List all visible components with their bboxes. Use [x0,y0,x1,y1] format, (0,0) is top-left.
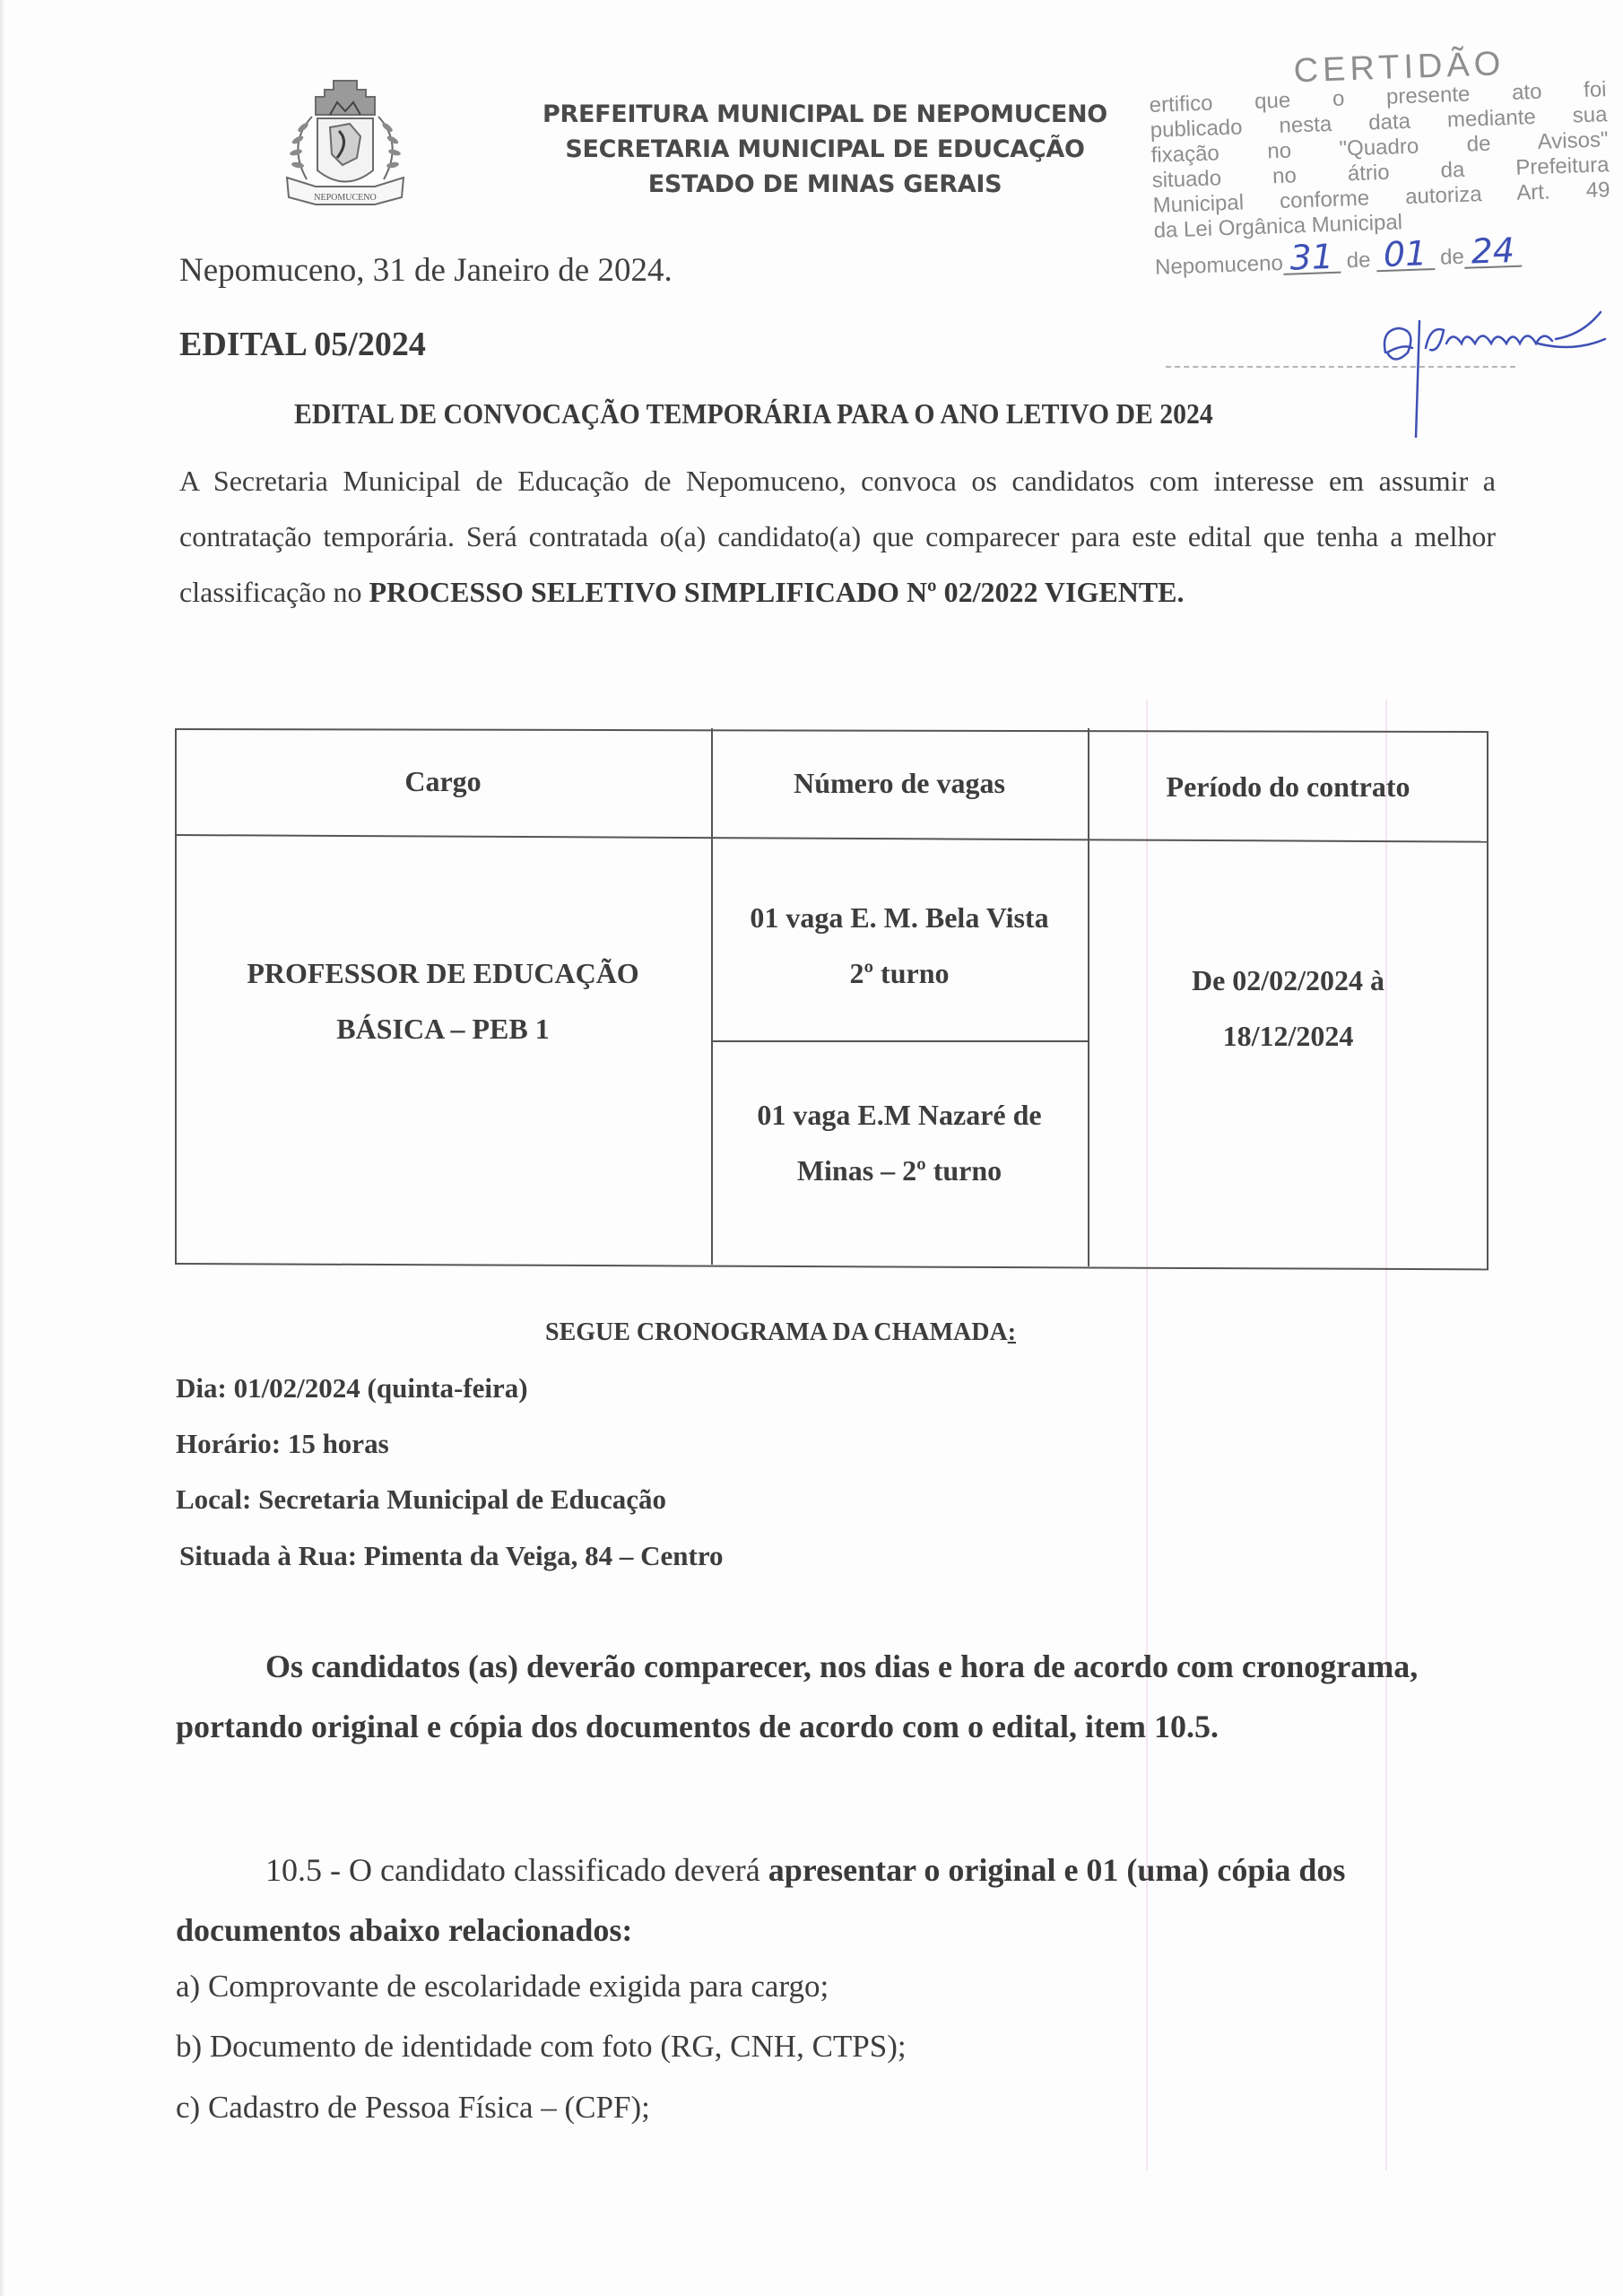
vaga-line: 01 vaga E.M Nazaré de [711,1087,1088,1143]
cargo-line: PROFESSOR DE EDUCAÇÃO [175,945,711,1001]
nepomuceno-coat-of-arms-icon: NEPOMUCENO [260,72,430,220]
cronograma-dia: Dia: 01/02/2024 (quinta-feira) [176,1372,528,1405]
header-vagas: Número de vagas [711,755,1088,811]
vaga-cell: 01 vaga E. M. Bela Vista 2º turno [711,890,1088,1001]
periodo-line: De 02/02/2024 à [1088,952,1488,1008]
periodo-cell: De 02/02/2024 à 18/12/2024 [1088,952,1488,1064]
cargo-line: BÁSICA – PEB 1 [175,1001,711,1057]
stamp-connector: de [1346,248,1371,273]
instructions-paragraph: Os candidatos (as) deverão comparecer, n… [176,1637,1476,1757]
letterhead-line: ESTADO DE MINAS GERAIS [502,167,1148,202]
stamp-day: 31 [1282,241,1341,275]
intro-bold-text: PROCESSO SELETIVO SIMPLIFICADO Nº 02/202… [369,576,1184,608]
stamp-place: Nepomuceno [1155,251,1284,280]
edital-number: EDITAL 05/2024 [179,325,426,364]
vacancies-table: Cargo Número de vagas Período do contrat… [175,728,1488,1265]
scan-edge [0,0,5,2296]
cronograma-endereco: Situada à Rua: Pimenta da Veiga, 84 – Ce… [179,1540,724,1572]
letterhead: PREFEITURA MUNICIPAL DE NEPOMUCENO SECRE… [502,97,1148,202]
letterhead-line: PREFEITURA MUNICIPAL DE NEPOMUCENO [502,97,1148,132]
stamp-connector: de [1440,245,1465,270]
vaga-cell: 01 vaga E.M Nazaré de Minas – 2º turno [711,1087,1088,1198]
document-date: Nepomuceno, 31 de Janeiro de 2024. [179,251,673,290]
intro-paragraph: A Secretaria Municipal de Educação de Ne… [179,453,1496,620]
document-title: EDITAL DE CONVOCAÇÃO TEMPORÁRIA PARA O A… [294,397,1213,430]
document-page: NEPOMUCENO PREFEITURA MUNICIPAL DE NEPOM… [0,0,1623,2296]
cronograma-title-text: SEGUE CRONOGRAMA DA CHAMADA [545,1318,1008,1346]
vaga-line: 2º turno [711,945,1088,1001]
item-10-5-text: 10.5 - O candidato classificado deverá [265,1852,768,1888]
item-10-5: 10.5 - O candidato classificado deverá a… [176,1840,1492,1961]
document-item: b) Documento de identidade com foto (RG,… [176,2029,907,2065]
handwritten-signature-icon [1376,303,1610,438]
letterhead-line: SECRETARIA MUNICIPAL DE EDUCAÇÃO [502,132,1148,167]
cronograma-horario: Horário: 15 horas [176,1428,389,1460]
vaga-line: Minas – 2º turno [711,1143,1088,1198]
cronograma-local: Local: Secretaria Municipal de Educação [176,1483,666,1516]
cargo-cell: PROFESSOR DE EDUCAÇÃO BÁSICA – PEB 1 [175,945,711,1057]
header-cargo: Cargo [175,753,711,809]
header-periodo: Período do contrato [1088,759,1488,814]
periodo-line: 18/12/2024 [1088,1008,1488,1064]
stamp-year: 24 [1463,235,1523,269]
cronograma-title: SEGUE CRONOGRAMA DA CHAMADA: [545,1318,1016,1347]
vaga-line: 01 vaga E. M. Bela Vista [711,890,1088,945]
svg-text:NEPOMUCENO: NEPOMUCENO [314,193,376,203]
cronograma-title-colon: : [1008,1318,1016,1346]
certidao-stamp: CERTIDÃO ertifico que o presente ato foi… [1148,43,1621,283]
stamp-month: 01 [1376,238,1435,272]
document-item: c) Cadastro de Pessoa Física – (CPF); [176,2090,650,2126]
document-item: a) Comprovante de escolaridade exigida p… [176,1969,829,2005]
